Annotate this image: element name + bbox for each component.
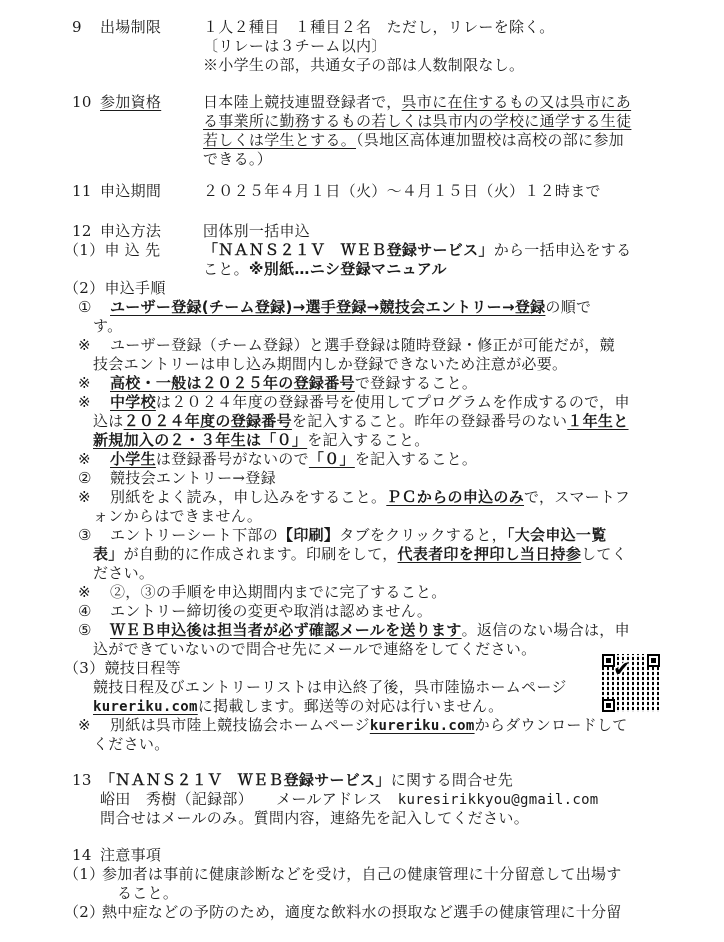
text-line: ください。 [93,735,724,754]
text-segment: kureriku.com [370,718,475,734]
text-line: ②，③の手順を申込期間内までに完了すること。 [93,583,724,602]
text-line: ォンからはできません。 [93,507,724,526]
text-segment: 別紙をよく読み，申し込みをすること。 [110,488,386,506]
step-marker: ③ [78,526,92,545]
item-application-destination: （1）申 込 先 「ＮＡＮＳ２１Ｖ ＷＥＢ登録サービス」から一括申込をすること。… [0,241,724,279]
step-body: エントリー締切後の変更や取消は認めません。 [93,602,724,621]
step-no-changes-after-deadline: ④ エントリー締切後の変更や取消は認めません。 [0,602,724,621]
step-marker: ② [78,469,92,488]
text-segment: 競技日程及びエントリーリストは申込終了後，呉市陸協ホームページ [93,678,567,696]
text-segment: こと。 [203,260,249,278]
step-marker: ④ [78,602,92,621]
text-segment: ださい。 [93,564,154,582]
text-segment: 別紙は呉市陸上競技協会ホームページ [110,716,370,734]
text-line: 〔リレーは３チーム以内〕 [203,37,724,56]
text-segment: す。 [93,317,122,335]
text-segment: 問合せはメールのみ。質問内容，連絡先を記入してください。 [100,809,529,827]
text-line: 日本陸上競技連盟登録者で，呉市に在住するもの又は呉市にあ [203,93,724,112]
item-text: 申込手順 [104,279,165,297]
note-marker: （1） [64,865,104,884]
text-segment: に関する問合せ先 [391,771,513,789]
text-segment: 参加者は事前に健康診断などを受け，自己の健康管理に十分留意して出場す [102,865,622,883]
text-segment: に掲載します。郵送等の対応は行いません。 [198,697,504,715]
text-segment: 代表者印を押印し当日持参 [398,545,582,563]
text-segment: 「ＮＡＮＳ２１Ｖ ＷＥＢ登録サービス」 [203,241,494,259]
item-marker: （1）申 込 先 [64,241,160,260]
item-application-procedure: （2）申込手順 [0,279,724,298]
text-line: ※小学生の部，共通女子の部は人数制限なし。 [203,56,724,75]
text-line: できる。） [203,150,724,169]
section-11-application-period: 11 申込期間 ２０２５年４月１日（火）～４月１５日（火）１２時まで [0,182,724,201]
text-segment: １人２種目 １種目２名 ただし，リレーを除く。 [203,18,555,36]
text-line: る事業所に勤務するもの若しくは呉市内の学校に通学する生徒 [203,112,724,131]
text-line: 小学生は登録番号がないので「０」を記入すること。 [93,450,724,469]
step-body: ユーザー登録(チーム登録)→選手登録→競技会エントリー→登録の順です。 [93,298,724,336]
note-body: ②，③の手順を申込期間内までに完了すること。 [93,583,724,602]
qr-code: ✔ [602,654,660,712]
text-segment: してく [581,545,627,563]
text-segment: ２０２４年度の登録番号 [124,412,292,430]
qr-finder-bottomleft-icon [602,699,615,712]
text-segment: 日本陸上競技連盟登録者で， [203,93,402,111]
note-registration-timing: ※ ユーザー登録（チーム登録）と選手登録は随時登録・修正が可能だが，競技会エント… [0,336,724,374]
text-segment: 新規加入の２・３年生は「０」 [93,431,307,449]
section-body: 「ＮＡＮＳ２１Ｖ ＷＥＢ登録サービス」に関する問合せ先峪田 秀樹（記録部） メー… [100,771,724,828]
text-segment: ください。 [93,735,170,753]
section-body: 日本陸上競技連盟登録者で，呉市に在住するもの又は呉市にある事業所に勤務するもの若… [203,93,724,169]
note-body: 参加者は事前に健康診断などを受け，自己の健康管理に十分留意して出場すること。 [117,865,724,903]
text-line: 新規加入の２・３年生は「０」を記入すること。 [93,431,724,450]
note-body: 熱中症などの予防のため，適度な飲料水の摂取など選手の健康管理に十分留 [117,903,724,922]
text-line: 技会エントリーは申し込み期間内しか登録できないため注意が必要。 [93,355,724,374]
section-number: 13 [72,771,92,790]
precaution-1: （1） 参加者は事前に健康診断などを受け，自己の健康管理に十分留意して出場するこ… [0,865,724,903]
section-body: １人２種目 １種目２名 ただし，リレーを除く。〔リレーは３チーム以内〕※小学生の… [203,18,724,75]
step-user-registration: ① ユーザー登録(チーム登録)→選手登録→競技会エントリー→登録の順です。 [0,298,724,336]
text-line: 「ＮＡＮＳ２１Ｖ ＷＥＢ登録サービス」に関する問合せ先 [100,771,724,790]
text-segment: 「ＮＡＮＳ２１Ｖ ＷＥＢ登録サービス」 [100,771,391,789]
text-segment: ＷＥＢ申込後は担当者が必ず確認メールを送ります [110,621,462,639]
text-segment: 【印刷】 [278,526,339,544]
text-segment: ２０２５年４月１日（火）～４月１５日（火）１２時まで [203,182,601,200]
text-line: 若しくは学生とする。（呉地区高体連加盟校は高校の部に参加 [203,131,724,150]
text-line: ユーザー登録（チーム登録）と選手登録は随時登録・修正が可能だが，競 [93,336,724,355]
text-segment: エントリー締切後の変更や取消は認めません。 [110,602,432,620]
text-line: エントリー締切後の変更や取消は認めません。 [93,602,724,621]
text-line: 熱中症などの予防のため，適度な飲料水の摂取など選手の健康管理に十分留 [117,903,724,922]
section-number: 12 [72,222,92,241]
text-segment: kuresirikkyou@gmail.com [398,792,599,808]
text-line: 参加者は事前に健康診断などを受け，自己の健康管理に十分留意して出場す [117,865,724,884]
text-segment: できる。） [203,150,272,168]
text-segment: 技会エントリーは申し込み期間内しか登録できないため注意が必要。 [93,355,567,373]
text-segment: タブをクリックすると， [339,526,507,544]
text-segment: を記入すること。 [307,431,429,449]
text-segment: kureriku.com [93,699,198,715]
text-segment: 高校・一般は２０２５年の登録番号 [110,374,355,392]
note-body: 小学生は登録番号がないので「０」を記入すること。 [93,450,724,469]
text-segment: 込は [93,412,124,430]
text-segment: 競技会エントリー→登録 [110,469,276,487]
text-line: 込は２０２４年度の登録番号を記入すること。昨年の登録番号のない１年生と [93,412,724,431]
text-line: ユーザー登録(チーム登録)→選手登録→競技会エントリー→登録の順で [93,298,724,317]
note-marker: ※ [78,716,91,735]
text-segment: １年生と [567,412,628,430]
section-body: ２０２５年４月１日（火）～４月１５日（火）１２時まで [203,182,724,201]
text-line: 中学校は２０２４年度の登録番号を使用してプログラムを作成するので，申 [93,393,724,412]
text-segment: の順で [545,298,591,316]
section-10-eligibility: 10 参加資格 日本陸上競技連盟登録者で，呉市に在住するもの又は呉市にある事業所… [0,93,724,169]
text-segment: 小学生 [110,450,156,468]
step-marker: ⑤ [78,621,92,640]
text-segment: で登録すること。 [355,374,477,392]
note-complete-within-period: ※ ②，③の手順を申込期間内までに完了すること。 [0,583,724,602]
text-line: 表」が自動的に作成されます。印刷をして，代表者印を押印し当日持参してく [93,545,724,564]
qr-finder-topright-icon [647,654,660,667]
text-segment: ォンからはできません。 [93,507,262,525]
text-segment: ②，③の手順を申込期間内までに完了すること。 [110,583,447,601]
text-segment: 熱中症などの予防のため，適度な飲料水の摂取など選手の健康管理に十分留 [102,903,622,921]
text-line: 団体別一括申込 [203,222,724,241]
text-segment: （呉地区高体連加盟校は高校の部に参加 [356,131,624,149]
text-segment: は２０２４年度の登録番号を使用してプログラムを作成するので，申 [156,393,630,411]
step-print-entry-sheet: ③ エントリーシート下部の【印刷】タブをクリックすると，「大会申込一覧表」が自動… [0,526,724,583]
step-body: 競技会エントリー→登録 [93,469,724,488]
note-marker: ※ [78,336,91,355]
text-segment: ること。 [117,884,178,902]
text-line: ださい。 [93,564,724,583]
text-segment: 峪田 秀樹（記録部） メールアドレス [100,790,398,808]
text-line: 注意事項 [100,846,724,865]
text-line: １人２種目 １種目２名 ただし，リレーを除く。 [203,18,724,37]
text-line: ２０２５年４月１日（火）～４月１５日（火）１２時まで [203,182,724,201]
section-13-contact: 13 「ＮＡＮＳ２１Ｖ ＷＥＢ登録サービス」に関する問合せ先峪田 秀樹（記録部）… [0,771,724,828]
text-segment: 若しくは学生とする。 [203,131,356,149]
step-competition-entry: ② 競技会エントリー→登録 [0,469,724,488]
text-segment: ※別紙…ニシ登録マニュアル [249,260,447,278]
note-marker: （2） [64,903,104,922]
text-line: こと。※別紙…ニシ登録マニュアル [203,260,724,279]
section-number: 14 [72,846,92,865]
note-marker: ※ [78,374,91,393]
note-body: ユーザー登録（チーム登録）と選手登録は随時登録・修正が可能だが，競技会エントリー… [93,336,724,374]
precaution-2: （2） 熱中症などの予防のため，適度な飲料水の摂取など選手の健康管理に十分留 [0,903,724,922]
checkmark-icon: ✔ [613,660,631,679]
note-body: 高校・一般は２０２５年の登録番号で登録すること。 [93,374,724,393]
section-12-application-method: 12 申込方法 団体別一括申込 [0,222,724,241]
text-line: 別紙は呉市陸上競技協会ホームページkureriku.comからダウンロードして [93,716,724,735]
item-text: 競技日程等 [104,659,181,677]
section-label: 申込期間 [100,182,161,201]
section-label: 出場制限 [100,18,161,37]
text-segment: から一括申込をする [494,241,632,259]
section-number: 11 [72,182,92,201]
text-segment: を記入すること。昨年の登録番号のない [292,412,567,430]
text-segment: る事業所に勤務するもの若しくは呉市内の学校に通学する生徒 [203,112,631,130]
text-line: 問合せはメールのみ。質問内容，連絡先を記入してください。 [100,809,724,828]
note-marker: ※ [78,583,91,602]
text-segment: が自動的に作成されます。印刷をして， [124,545,398,563]
text-line: 高校・一般は２０２５年の登録番号で登録すること。 [93,374,724,393]
note-body: 中学校は２０２４年度の登録番号を使用してプログラムを作成するので，申込は２０２４… [93,393,724,450]
note-elementary-number: ※ 小学生は登録番号がないので「０」を記入すること。 [0,450,724,469]
section-label: 参加資格 [100,93,161,112]
note-body: 別紙は呉市陸上競技協会ホームページkureriku.comからダウンロードしてく… [93,716,724,754]
step-body: エントリーシート下部の【印刷】タブをクリックすると，「大会申込一覧表」が自動的に… [93,526,724,583]
text-segment: ユーザー登録(チーム登録)→選手登録→競技会エントリー→登録 [110,298,545,316]
text-segment: 中学校 [110,393,156,411]
note-pc-only: ※ 別紙をよく読み，申し込みをすること。ＰＣからの申込のみで，スマートフォンから… [0,488,724,526]
section-number: 10 [72,93,92,112]
text-segment: で，スマートフ [524,488,630,506]
text-line: ＷＥＢ申込後は担当者が必ず確認メールを送ります。返信のない場合は，申 [93,621,724,640]
text-segment: ユーザー登録（チーム登録）と選手登録は随時登録・修正が可能だが，競 [110,336,615,354]
section-label: 申込方法 [100,222,161,241]
item-body: 「ＮＡＮＳ２１Ｖ ＷＥＢ登録サービス」から一括申込をすること。※別紙…ニシ登録マ… [203,241,724,279]
text-segment: 。返信のない場合は，申 [462,621,630,639]
text-segment: を記入すること。 [355,450,477,468]
text-segment: 注意事項 [100,846,161,864]
item-marker: （2） [64,279,104,297]
document-page: 9 出場制限 １人２種目 １種目２名 ただし，リレーを除く。〔リレーは３チーム以… [0,0,724,942]
text-line: エントリーシート下部の【印刷】タブをクリックすると，「大会申込一覧 [93,526,724,545]
note-marker: ※ [78,393,91,412]
item-marker: （3） [64,659,104,677]
note-highschool-general-number: ※ 高校・一般は２０２５年の登録番号で登録すること。 [0,374,724,393]
text-segment: 呉市に在住するもの又は呉市にあ [402,93,632,111]
text-segment: ＰＣからの申込のみ [386,488,524,506]
text-segment: ※小学生の部，共通女子の部は人数制限なし。 [203,56,524,74]
text-segment: は登録番号がないので [156,450,309,468]
section-body: 団体別一括申込 [203,222,724,241]
text-line: 峪田 秀樹（記録部） メールアドレス kuresirikkyou@gmail.c… [100,790,724,809]
text-line: ること。 [117,884,724,903]
note-juniorhigh-number: ※ 中学校は２０２４年度の登録番号を使用してプログラムを作成するので，申込は２０… [0,393,724,450]
note-body: 別紙をよく読み，申し込みをすること。ＰＣからの申込のみで，スマートフォンからはで… [93,488,724,526]
text-segment: からダウンロードして [475,716,628,734]
note-marker: ※ [78,488,91,507]
text-segment: 「０」 [309,450,355,468]
note-marker: ※ [78,450,91,469]
step-marker: ① [78,298,92,317]
text-segment: 団体別一括申込 [203,222,310,240]
text-segment: 込ができていないので問合せ先にメールで連絡をしてください。 [93,640,536,658]
section-14-precautions: 14 注意事項 [0,846,724,865]
text-line: 別紙をよく読み，申し込みをすること。ＰＣからの申込のみで，スマートフ [93,488,724,507]
text-segment: エントリーシート下部の [110,526,278,544]
note-download-attachment: ※ 別紙は呉市陸上競技協会ホームページkureriku.comからダウンロードし… [0,716,724,754]
section-body: 注意事項 [100,846,724,865]
text-segment: 〔リレーは３チーム以内〕 [203,37,387,55]
text-segment: 表」 [93,545,124,563]
text-segment: 「大会申込一覧 [507,526,607,544]
section-9-entry-limit: 9 出場制限 １人２種目 １種目２名 ただし，リレーを除く。〔リレーは３チーム以… [0,18,724,75]
text-line: す。 [93,317,724,336]
text-line: 競技会エントリー→登録 [93,469,724,488]
text-line: 「ＮＡＮＳ２１Ｖ ＷＥＢ登録サービス」から一括申込をする [203,241,724,260]
section-number: 9 [72,18,82,37]
